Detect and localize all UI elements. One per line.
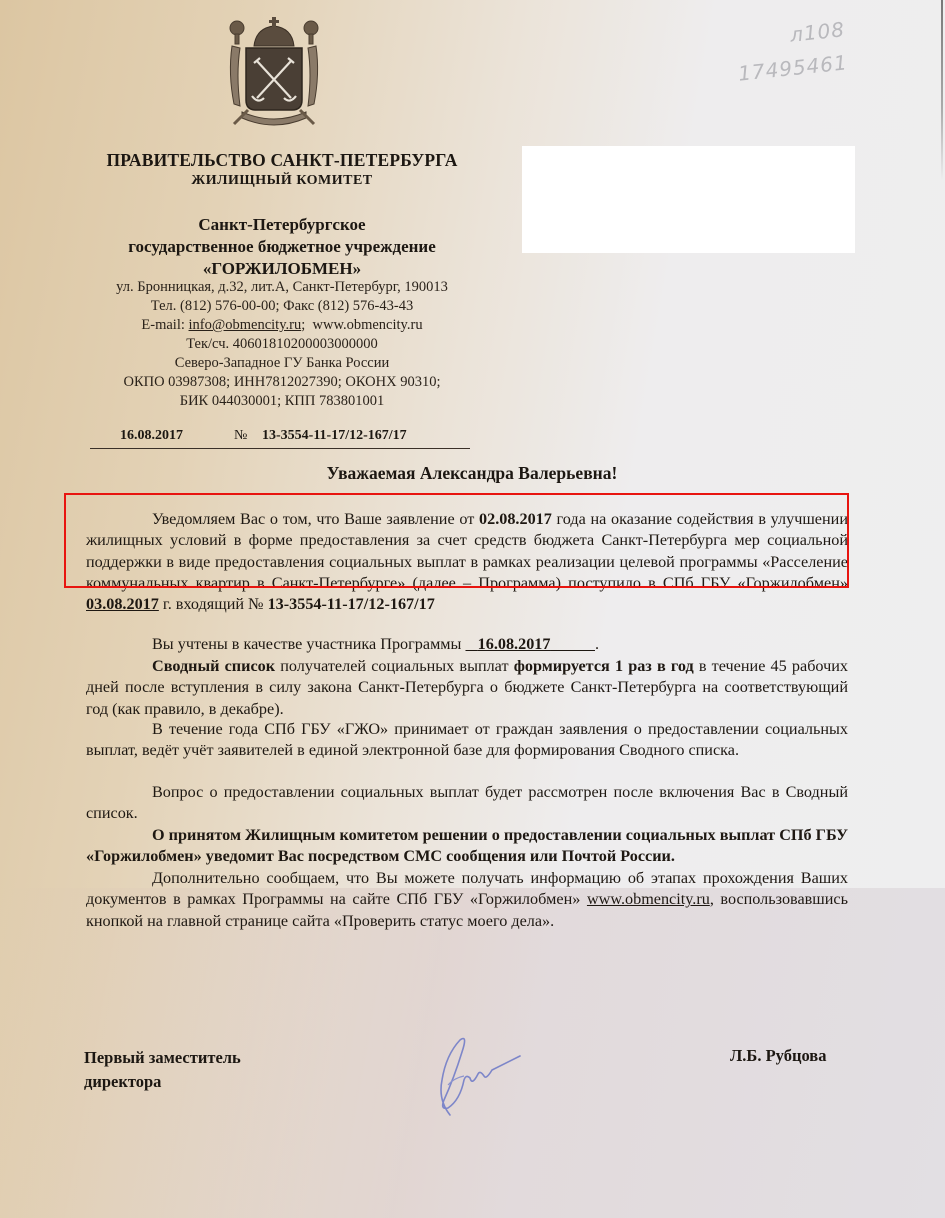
org-name-line1: Санкт-Петербургское (82, 215, 482, 235)
registration-number: 13-3554-11-17/12-167/17 (262, 428, 407, 444)
signatory-name: Л.Б. Рубцова (730, 1046, 826, 1066)
registration-date: 16.08.2017 (120, 428, 183, 444)
org-account: Тек/сч. 40601810200003000000 (72, 336, 492, 353)
redacted-recipient-block (522, 146, 855, 253)
email-label: E-mail: (141, 317, 185, 333)
registration-line: 16.08.2017 № 13-3554-11-17/12-167/17 (90, 428, 470, 449)
paper-edge (941, 0, 943, 180)
org-codes-1: ОКПО 03987308; ИНН7812027390; ОКОНХ 9031… (72, 374, 492, 391)
org-name-line3: «ГОРЖИЛОБМЕН» (82, 259, 482, 279)
paragraph-applications: В течение года СПб ГБУ «ГЖО» принимает о… (86, 719, 848, 762)
org-name-line2: государственное бюджетное учреждение (72, 237, 492, 257)
website-text[interactable]: www.obmencity.ru (313, 317, 423, 333)
received-date: 03.08.2017 (86, 595, 159, 613)
handwritten-note-1: л108 (789, 17, 846, 47)
paragraph-participant: Вы учтены в качестве участника Программы… (86, 634, 848, 655)
separator: ; (301, 317, 305, 333)
coat-of-arms-icon (224, 14, 324, 132)
committee-title: ЖИЛИЩНЫЙ КОМИТЕТ (82, 173, 482, 189)
org-contacts: E-mail: info@obmencity.ru; www.obmencity… (72, 317, 492, 334)
email-link[interactable]: info@obmencity.ru (189, 317, 302, 333)
paragraph-summary-list: Сводный список получателей социальных вы… (86, 656, 848, 720)
participant-date: 16.08.2017 (465, 635, 595, 653)
paragraph-status-check: Дополнительно сообщаем, что Вы можете по… (86, 868, 848, 932)
greeting: Уважаемая Александра Валерьевна! (82, 463, 862, 484)
website-link[interactable]: www.obmencity.ru (587, 890, 710, 908)
government-title: ПРАВИТЕЛЬСТВО САНКТ-ПЕТЕРБУРГА (82, 150, 482, 171)
org-bank: Северо-Западное ГУ Банка России (72, 355, 492, 372)
handwritten-signature-icon (420, 1030, 530, 1125)
handwritten-note-2: 17495461 (737, 50, 849, 85)
signatory-title: Первый заместитель директора (84, 1046, 241, 1094)
highlight-annotation-box (64, 493, 849, 588)
org-address: ул. Бронницкая, д.32, лит.А, Санкт-Петер… (72, 279, 492, 296)
incoming-number: 13-3554-11-17/12-167/17 (268, 595, 435, 613)
org-codes-2: БИК 044030001; КПП 783801001 (72, 393, 492, 410)
org-phone-fax: Тел. (812) 576-00-00; Факс (812) 576-43-… (72, 298, 492, 315)
number-sign: № (234, 428, 247, 444)
paragraph-consideration: Вопрос о предоставлении социальных выпла… (86, 782, 848, 825)
paragraph-decision-notice: О принятом Жилищным комитетом решении о … (86, 825, 848, 868)
